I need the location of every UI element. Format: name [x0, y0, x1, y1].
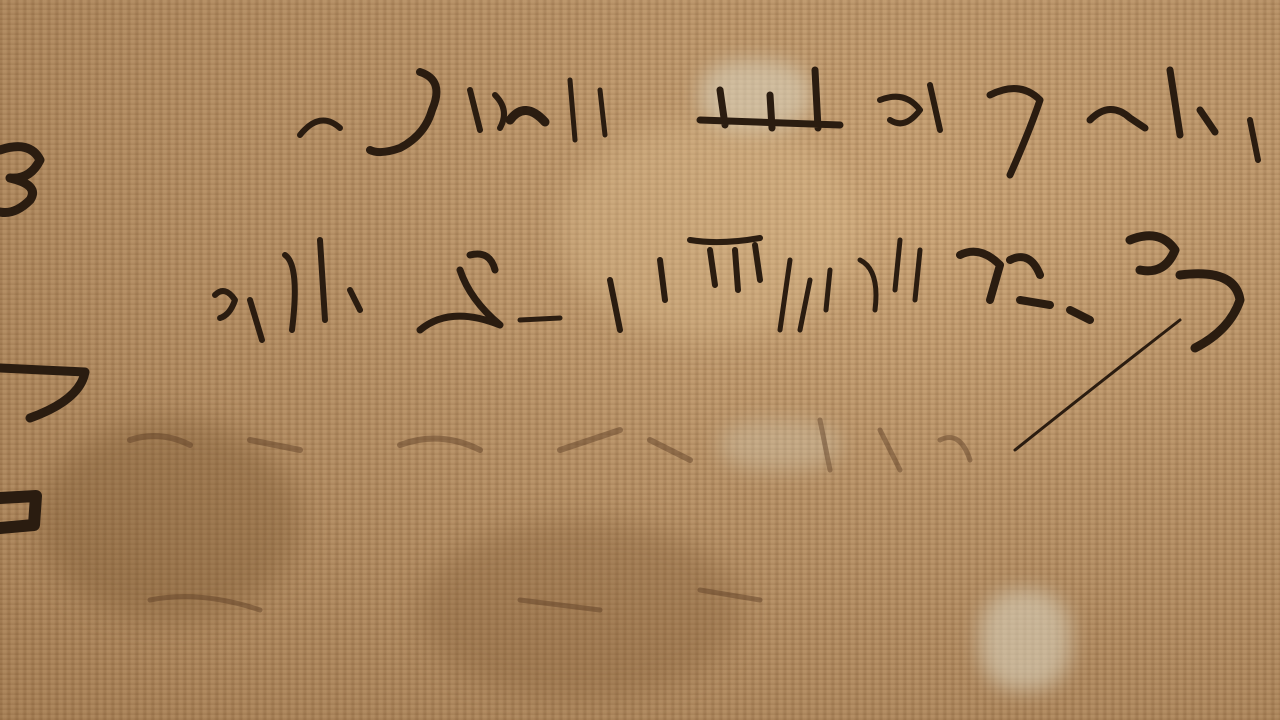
- margin-marks: [0, 147, 85, 528]
- papyrus-photo: [0, 0, 1280, 720]
- script-line-3-faded: [130, 420, 970, 610]
- script-line-2: [215, 236, 1240, 450]
- hieratic-script: [0, 0, 1280, 720]
- script-line-1: [300, 70, 1258, 175]
